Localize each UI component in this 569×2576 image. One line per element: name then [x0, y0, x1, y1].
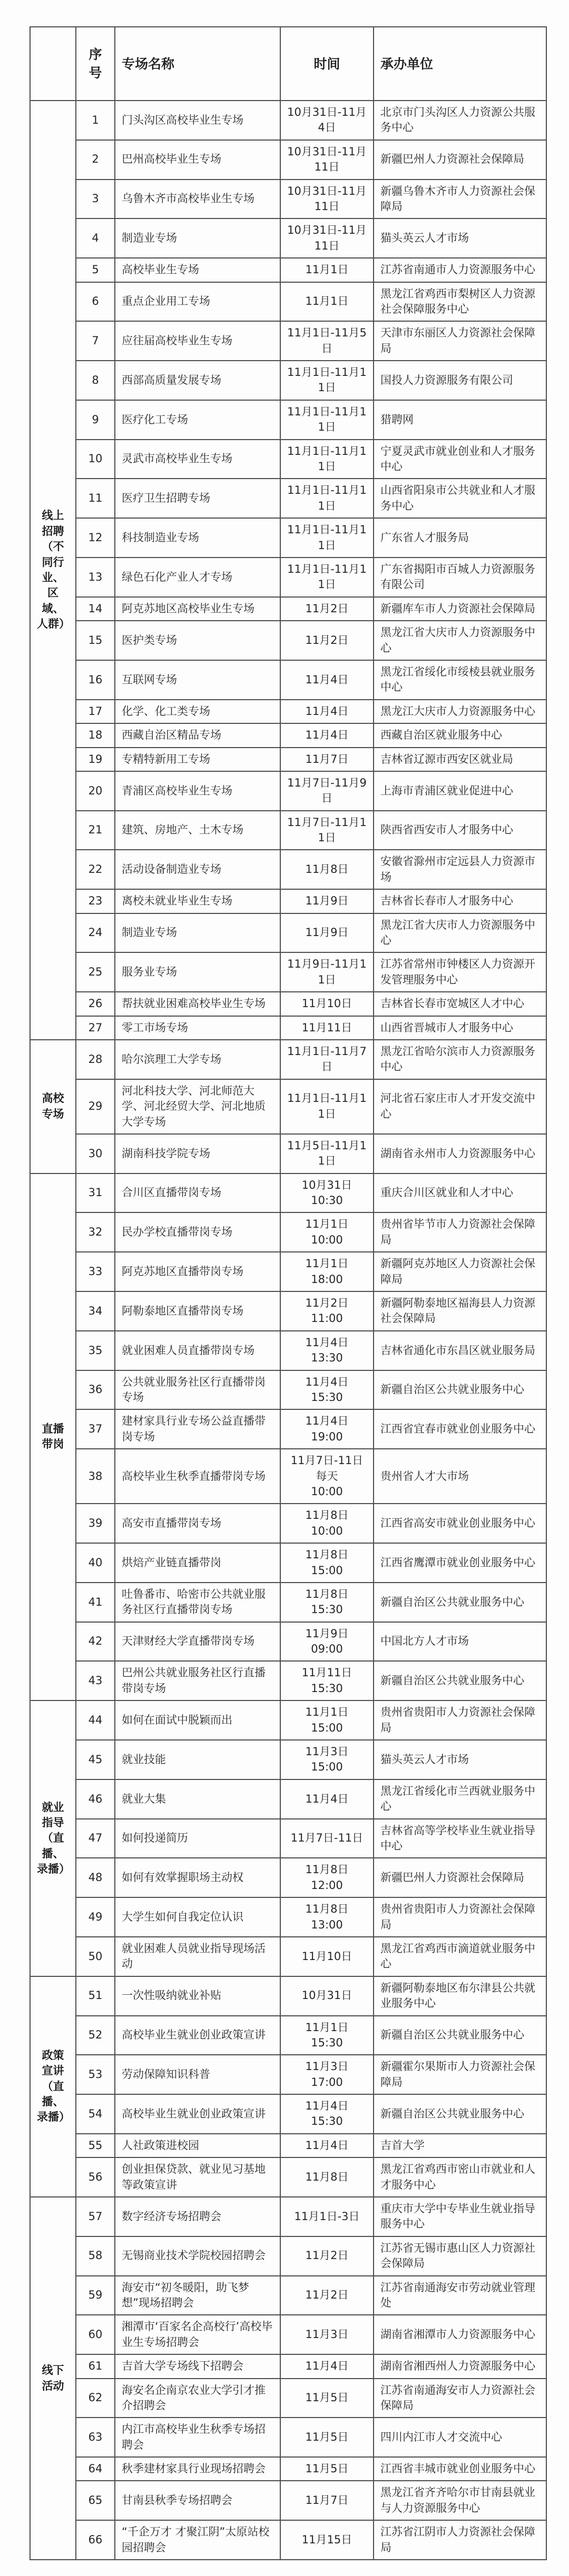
event-name-cell: 巴州高校毕业生专场	[115, 140, 280, 180]
event-name-cell: 灵武市高校毕业生专场	[115, 440, 280, 479]
events-table: 序号 专场名称 时间 承办单位 线上招聘（不同行业、区域、人群）1门头沟区高校毕…	[30, 26, 547, 2560]
table-row: 22活动设备制造业专场11月8日安徽省滁州市定远县人力资源市场	[30, 850, 546, 889]
organizer-cell: 上海市青浦区就业促进中心	[374, 771, 546, 811]
table-row: 3乌鲁木齐市高校毕业生专场10月31日-11月11日新疆乌鲁木齐市人力资源社会保…	[30, 180, 546, 219]
table-row: 46就业大集11月4日黑龙江省绥化市兰西就业服务中心	[30, 1779, 546, 1819]
row-number-cell: 29	[76, 1079, 115, 1134]
category-cell: 线上招聘（不同行业、区域、人群）	[30, 101, 76, 1040]
event-time-cell: 11月9日 09:00	[280, 1622, 374, 1662]
event-time-cell: 11月2日	[280, 621, 374, 660]
event-name-cell: 湘潭市‘百家名企高校行’高校毕业生专场招聘会	[115, 2315, 280, 2354]
organizer-cell: 新疆巴州人力资源社会保障局	[374, 140, 546, 180]
event-name-cell: 巴州公共就业服务社区行直播带岗专场	[115, 1661, 280, 1700]
organizer-cell: 新疆霍尔果斯市人力资源社会保障局	[374, 2055, 546, 2094]
event-name-cell: 专精特新用工专场	[115, 748, 280, 771]
event-name-cell: 建筑、房地产、土木专场	[115, 811, 280, 850]
organizer-cell: 新疆乌鲁木齐市人力资源社会保障局	[374, 180, 546, 219]
event-name-cell: 甘南县秋季专场招聘会	[115, 2481, 280, 2520]
event-time-cell: 11月5日-11月11日	[280, 1134, 374, 1173]
event-name-cell: 离校未就业毕业生专场	[115, 889, 280, 913]
row-number-cell: 56	[76, 2157, 115, 2197]
table-row: 政策宣讲（直播、录播）51一次性吸纳就业补贴10月31日新疆阿勒泰地区布尔津县公…	[30, 1976, 546, 2016]
table-row: 6重点企业用工专场11月1日黑龙江省鸡西市梨树区人力资源社会保障服务中心	[30, 282, 546, 322]
event-time-cell: 11月1日 10:00	[280, 1212, 374, 1252]
event-time-cell: 11月10日	[280, 1937, 374, 1976]
organizer-cell: 猫头英云人才市场	[374, 218, 546, 258]
event-name-cell: 医护类专场	[115, 621, 280, 660]
table-row: 7应往届高校毕业生专场11月1日-11月5日天津市东丽区人力资源社会保障局	[30, 321, 546, 361]
event-time-cell: 11月1日-11月7日	[280, 1040, 374, 1079]
row-number-cell: 55	[76, 2134, 115, 2157]
organizer-cell: 贵州省毕节市人力资源社会保障局	[374, 1212, 546, 1252]
row-number-cell: 64	[76, 2457, 115, 2481]
event-name-cell: 帮扶就业困难高校毕业生专场	[115, 992, 280, 1016]
organizer-cell: 江苏省南通市人力资源服务中心	[374, 258, 546, 282]
event-name-cell: 河北科技大学、河北师范大学、河北经贸大学、河北地质大学专场	[115, 1079, 280, 1134]
event-time-cell: 10月31日-11月11日	[280, 218, 374, 258]
event-time-cell: 11月10日	[280, 992, 374, 1016]
organizer-cell: 新疆自治区公共就业服务中心	[374, 2016, 546, 2055]
row-number-cell: 38	[76, 1449, 115, 1504]
table-row: 16互联网专场11月4日黑龙江省绥化市绥棱县就业服务中心	[30, 660, 546, 700]
row-number-cell: 8	[76, 361, 115, 400]
scanned-schedule-page: 序号 专场名称 时间 承办单位 线上招聘（不同行业、区域、人群）1门头沟区高校毕…	[0, 0, 569, 2576]
row-number-cell: 36	[76, 1370, 115, 1410]
event-name-cell: 活动设备制造业专场	[115, 850, 280, 889]
event-time-cell: 11月3日	[280, 2315, 374, 2354]
event-name-cell: 就业技能	[115, 1740, 280, 1779]
table-row: 30湖南科技学院专场11月5日-11月11日湖南省永州市人力资源服务中心	[30, 1134, 546, 1173]
table-row: 39高安市直播带岗专场11月8日 10:00江西省高安市就业创业服务中心	[30, 1504, 546, 1543]
event-name-cell: 零工市场专场	[115, 1016, 280, 1040]
event-name-cell: 湖南科技学院专场	[115, 1134, 280, 1173]
organizer-cell: 黑龙江省大庆市人力资源服务中心	[374, 913, 546, 953]
organizer-cell: 吉林省辽源市西安区就业局	[374, 748, 546, 771]
row-number-cell: 35	[76, 1331, 115, 1370]
event-time-cell: 11月1日 15:00	[280, 1700, 374, 1740]
event-time-cell: 11月7日	[280, 748, 374, 771]
organizer-cell: 黑龙江大庆市人力资源服务中心	[374, 700, 546, 723]
row-number-cell: 59	[76, 2276, 115, 2315]
row-number-cell: 15	[76, 621, 115, 660]
organizer-cell: 江苏省南通海安市劳动就业管理处	[374, 2276, 546, 2315]
row-number-cell: 33	[76, 1252, 115, 1291]
organizer-cell: 新疆自治区公共就业服务中心	[374, 1583, 546, 1622]
organizer-cell: 山西省阳泉市公共就业和人才服务中心	[374, 479, 546, 518]
row-number-cell: 52	[76, 2016, 115, 2055]
row-number-cell: 49	[76, 1897, 115, 1937]
table-row: 66“千企万才 才聚江阴”太原站校园招聘会11月15日江苏省江阴市人力资源社会保…	[30, 2520, 546, 2560]
event-name-cell: 高校毕业生就业创业政策宣讲	[115, 2016, 280, 2055]
event-time-cell: 11月5日	[280, 2457, 374, 2481]
row-number-cell: 39	[76, 1504, 115, 1543]
event-time-cell: 10月31日-11月4日	[280, 101, 374, 140]
table-row: 56创业担保贷款、就业见习基地等政策宣讲11月8日黑龙江省鸡西市密山市就业和人才…	[30, 2157, 546, 2197]
category-cell: 政策宣讲（直播、录播）	[30, 1976, 76, 2197]
event-time-cell: 11月4日 15:30	[280, 2094, 374, 2134]
table-row: 65甘南县秋季专场招聘会11月7日黑龙江省齐齐哈尔市甘南县就业与人力资源服务中心	[30, 2481, 546, 2520]
row-number-cell: 25	[76, 952, 115, 992]
event-name-cell: 内江市高校毕业生秋季专场招聘会	[115, 2418, 280, 2457]
event-name-cell: 吐鲁番市、哈密市公共就业服务社区行直播带岗专场	[115, 1583, 280, 1622]
row-number-cell: 7	[76, 321, 115, 361]
organizer-cell: 江苏省常州市钟楼区人力资源开发管理服务中心	[374, 952, 546, 992]
event-time-cell: 11月11日	[280, 1016, 374, 1040]
event-time-cell: 11月7日-11月9日	[280, 771, 374, 811]
col-header-time: 时间	[280, 27, 374, 101]
event-time-cell: 11月4日	[280, 700, 374, 723]
event-name-cell: 绿色石化产业人才专场	[115, 558, 280, 597]
table-row: 61吉首大学专场线下招聘会11月4日湖南省湘西州人力资源服务中心	[30, 2354, 546, 2378]
event-time-cell: 10月31日	[280, 1976, 374, 2016]
organizer-cell: 黑龙江省大庆市人力资源服务中心	[374, 621, 546, 660]
event-time-cell: 11月8日	[280, 2157, 374, 2197]
event-time-cell: 11月4日	[280, 660, 374, 700]
row-number-cell: 24	[76, 913, 115, 953]
event-name-cell: 阿勒泰地区直播带岗专场	[115, 1291, 280, 1331]
organizer-cell: 天津市东丽区人力资源社会保障局	[374, 321, 546, 361]
row-number-cell: 62	[76, 2379, 115, 2418]
row-number-cell: 57	[76, 2197, 115, 2236]
organizer-cell: 新疆阿勒泰地区福海县人力资源社会保障局	[374, 1291, 546, 1331]
organizer-cell: 江苏省江阴市人力资源社会保障局	[374, 2520, 546, 2560]
table-row: 35就业困难人员直播带岗专场11月4日 13:30吉林省通化市东昌区就业服务局	[30, 1331, 546, 1370]
event-name-cell: 制造业专场	[115, 913, 280, 953]
table-row: 14阿克苏地区高校毕业生专场11月2日新疆库车市人力资源社会保障局	[30, 597, 546, 621]
organizer-cell: 江西省丰城市就业创业服务中心	[374, 2457, 546, 2481]
event-time-cell: 11月9日	[280, 913, 374, 953]
organizer-cell: 四川内江市人才交流中心	[374, 2418, 546, 2457]
table-row: 55人社政策进校园11月4日吉首大学	[30, 2134, 546, 2157]
row-number-cell: 14	[76, 597, 115, 621]
row-number-cell: 63	[76, 2418, 115, 2457]
table-row: 27零工市场专场11月11日山西省晋城市人才服务中心	[30, 1016, 546, 1040]
event-time-cell: 11月1日 15:30	[280, 2016, 374, 2055]
row-number-cell: 26	[76, 992, 115, 1016]
table-row: 高校专场28哈尔滨理工大学专场11月1日-11月7日黑龙江省哈尔滨市人力资源服务…	[30, 1040, 546, 1079]
event-name-cell: 一次性吸纳就业补贴	[115, 1976, 280, 2016]
table-row: 63内江市高校毕业生秋季专场招聘会11月5日四川内江市人才交流中心	[30, 2418, 546, 2457]
table-row: 24制造业专场11月9日黑龙江省大庆市人力资源服务中心	[30, 913, 546, 953]
table-row: 49大学生如何自我定位认识11月8日 13:00贵州省贵阳市人力资源社会保障局	[30, 1897, 546, 1937]
row-number-cell: 18	[76, 723, 115, 747]
event-time-cell: 11月3日 17:00	[280, 2055, 374, 2094]
row-number-cell: 28	[76, 1040, 115, 1079]
organizer-cell: 陕西省西安市人才服务中心	[374, 811, 546, 850]
event-name-cell: 化学、化工类专场	[115, 700, 280, 723]
event-time-cell: 11月1日-11月11日	[280, 361, 374, 400]
row-number-cell: 48	[76, 1858, 115, 1897]
table-row: 33阿克苏地区直播带岗专场11月1日 18:00新疆阿克苏地区人力资源社会保障局	[30, 1252, 546, 1291]
event-time-cell: 11月4日 15:30	[280, 1370, 374, 1410]
event-time-cell: 11月5日	[280, 2418, 374, 2457]
row-number-cell: 11	[76, 479, 115, 518]
organizer-cell: 黑龙江省齐齐哈尔市甘南县就业与人力资源服务中心	[374, 2481, 546, 2520]
header-row: 序号 专场名称 时间 承办单位	[30, 27, 546, 101]
organizer-cell: 吉林省长春市人才服务中心	[374, 889, 546, 913]
table-row: 38高校毕业生秋季直播带岗专场11月7日-11日 每天 10:00贵州省人才大市…	[30, 1449, 546, 1504]
row-number-cell: 45	[76, 1740, 115, 1779]
event-time-cell: 11月4日	[280, 723, 374, 747]
table-row: 37建材家具行业专场公益直播带岗专场11月4日 19:00江西省宜春市就业创业服…	[30, 1409, 546, 1449]
event-name-cell: 阿克苏地区直播带岗专场	[115, 1252, 280, 1291]
organizer-cell: 黑龙江省哈尔滨市人力资源服务中心	[374, 1040, 546, 1079]
table-row: 64秋季建材家具行业现场招聘会11月5日江西省丰城市就业创业服务中心	[30, 2457, 546, 2481]
event-time-cell: 11月4日	[280, 1779, 374, 1819]
event-name-cell: 西部高质量发展专场	[115, 361, 280, 400]
organizer-cell: 贵州省贵阳市人力资源社会保障局	[374, 1700, 546, 1740]
event-time-cell: 11月1日-11月11日	[280, 440, 374, 479]
row-number-cell: 9	[76, 400, 115, 440]
table-row: 59海安市“初冬暖阳，助飞梦想”现场招聘会11月2日江苏省南通海安市劳动就业管理…	[30, 2276, 546, 2315]
event-time-cell: 11月9日-11月11日	[280, 952, 374, 992]
row-number-cell: 61	[76, 2354, 115, 2378]
event-name-cell: 哈尔滨理工大学专场	[115, 1040, 280, 1079]
event-time-cell: 11月4日	[280, 2134, 374, 2157]
organizer-cell: 新疆库车市人力资源社会保障局	[374, 597, 546, 621]
organizer-cell: 宁夏灵武市就业创业和人才服务中心	[374, 440, 546, 479]
organizer-cell: 重庆合川区就业和人才中心	[374, 1173, 546, 1213]
table-row: 40烘焙产业链直播带岗11月8日 15:00江西省鹰潭市就业创业服务中心	[30, 1543, 546, 1583]
organizer-cell: 猫头英云人才市场	[374, 1740, 546, 1779]
table-row: 58无锡商业技术学院校园招聘会11月2日江苏省无锡市惠山区人力资源社会保障局	[30, 2236, 546, 2276]
event-time-cell: 11月15日	[280, 2520, 374, 2560]
event-time-cell: 11月1日	[280, 258, 374, 282]
table-row: 42天津财经大学直播带岗专场11月9日 09:00中国北方人才市场	[30, 1622, 546, 1662]
event-time-cell: 11月7日-11月11日	[280, 811, 374, 850]
event-name-cell: 海安名企南京农业大学引才推介招聘会	[115, 2379, 280, 2418]
event-time-cell: 11月2日 11:00	[280, 1291, 374, 1331]
event-time-cell: 10月31日 10:30	[280, 1173, 374, 1213]
event-name-cell: 秋季建材家具行业现场招聘会	[115, 2457, 280, 2481]
row-number-cell: 17	[76, 700, 115, 723]
event-time-cell: 11月1日-11月11日	[280, 479, 374, 518]
table-row: 15医护类专场11月2日黑龙江省大庆市人力资源服务中心	[30, 621, 546, 660]
event-name-cell: 应往届高校毕业生专场	[115, 321, 280, 361]
row-number-cell: 22	[76, 850, 115, 889]
table-row: 62海安名企南京农业大学引才推介招聘会11月5日江苏省南通海安市人力资源社会保障…	[30, 2379, 546, 2418]
event-name-cell: 吉首大学专场线下招聘会	[115, 2354, 280, 2378]
event-time-cell: 11月2日	[280, 597, 374, 621]
organizer-cell: 吉林省长春市宽城区人才中心	[374, 992, 546, 1016]
row-number-cell: 2	[76, 140, 115, 180]
row-number-cell: 65	[76, 2481, 115, 2520]
event-name-cell: 烘焙产业链直播带岗	[115, 1543, 280, 1583]
category-cell: 直播带岗	[30, 1173, 76, 1701]
table-row: 36公共就业服务社区行直播带岗专场11月4日 15:30新疆自治区公共就业服务中…	[30, 1370, 546, 1410]
table-row: 18西藏自治区精品专场11月4日西藏自治区就业服务中心	[30, 723, 546, 747]
event-time-cell: 11月1日 18:00	[280, 1252, 374, 1291]
row-number-cell: 12	[76, 518, 115, 558]
table-row: 5高校毕业生专场11月1日江苏省南通市人力资源服务中心	[30, 258, 546, 282]
event-name-cell: 高校毕业生就业创业政策宣讲	[115, 2094, 280, 2134]
organizer-cell: 新疆巴州人力资源社会保障局	[374, 1858, 546, 1897]
row-number-cell: 27	[76, 1016, 115, 1040]
event-name-cell: 科技制造业专场	[115, 518, 280, 558]
table-row: 9医疗化工专场11月1日-11月11日猎聘网	[30, 400, 546, 440]
category-cell: 就业指导（直播、录播）	[30, 1700, 76, 1976]
event-name-cell: 就业困难人员直播带岗专场	[115, 1331, 280, 1370]
event-time-cell: 11月4日	[280, 2354, 374, 2378]
table-row: 20青浦区高校毕业生专场11月7日-11月9日上海市青浦区就业促进中心	[30, 771, 546, 811]
table-row: 2巴州高校毕业生专场10月31日-11月11日新疆巴州人力资源社会保障局	[30, 140, 546, 180]
event-time-cell: 11月1日-3日	[280, 2197, 374, 2236]
row-number-cell: 6	[76, 282, 115, 322]
organizer-cell: 贵州省人才大市场	[374, 1449, 546, 1504]
event-name-cell: 如何在面试中脱颖而出	[115, 1700, 280, 1740]
row-number-cell: 42	[76, 1622, 115, 1662]
event-name-cell: 高校毕业生专场	[115, 258, 280, 282]
event-time-cell: 11月2日	[280, 2276, 374, 2315]
table-row: 52高校毕业生就业创业政策宣讲11月1日 15:30新疆自治区公共就业服务中心	[30, 2016, 546, 2055]
organizer-cell: 重庆市大学中专毕业生就业指导服务中心	[374, 2197, 546, 2236]
table-row: 12科技制造业专场11月1日-11月11日广东省人才服务局	[30, 518, 546, 558]
row-number-cell: 43	[76, 1661, 115, 1700]
row-number-cell: 40	[76, 1543, 115, 1583]
table-row: 32民办学校直播带岗专场11月1日 10:00贵州省毕节市人力资源社会保障局	[30, 1212, 546, 1252]
event-name-cell: 高安市直播带岗专场	[115, 1504, 280, 1543]
event-time-cell: 11月1日-11月11日	[280, 518, 374, 558]
event-time-cell: 11月7日	[280, 2481, 374, 2520]
event-name-cell: 重点企业用工专场	[115, 282, 280, 322]
table-row: 41吐鲁番市、哈密市公共就业服务社区行直播带岗专场11月8日 15:30新疆自治…	[30, 1583, 546, 1622]
event-time-cell: 11月1日-11月11日	[280, 400, 374, 440]
event-name-cell: 如何投递简历	[115, 1819, 280, 1858]
organizer-cell: 西藏自治区就业服务中心	[374, 723, 546, 747]
row-number-cell: 19	[76, 748, 115, 771]
row-number-cell: 37	[76, 1409, 115, 1449]
event-time-cell: 11月1日	[280, 282, 374, 322]
organizer-cell: 山西省晋城市人才服务中心	[374, 1016, 546, 1040]
row-number-cell: 5	[76, 258, 115, 282]
organizer-cell: 黑龙江省鸡西市滴道就业服务中心	[374, 1937, 546, 1976]
event-time-cell: 11月7日-11日 每天 10:00	[280, 1449, 374, 1504]
event-name-cell: 数字经济专场招聘会	[115, 2197, 280, 2236]
event-time-cell: 10月31日-11月11日	[280, 140, 374, 180]
row-number-cell: 60	[76, 2315, 115, 2354]
event-name-cell: 医疗化工专场	[115, 400, 280, 440]
event-name-cell: 公共就业服务社区行直播带岗专场	[115, 1370, 280, 1410]
event-name-cell: 高校毕业生秋季直播带岗专场	[115, 1449, 280, 1504]
table-row: 34阿勒泰地区直播带岗专场11月2日 11:00新疆阿勒泰地区福海县人力资源社会…	[30, 1291, 546, 1331]
event-time-cell: 11月9日	[280, 889, 374, 913]
row-number-cell: 20	[76, 771, 115, 811]
table-row: 25服务业专场11月9日-11月11日江苏省常州市钟楼区人力资源开发管理服务中心	[30, 952, 546, 992]
event-time-cell: 11月8日 10:00	[280, 1504, 374, 1543]
organizer-cell: 新疆自治区公共就业服务中心	[374, 1370, 546, 1410]
col-header-index: 序号	[76, 27, 115, 101]
event-time-cell: 11月7日-11日	[280, 1819, 374, 1858]
event-name-cell: 医疗卫生招聘专场	[115, 479, 280, 518]
row-number-cell: 58	[76, 2236, 115, 2276]
table-row: 26帮扶就业困难高校毕业生专场11月10日吉林省长春市宽城区人才中心	[30, 992, 546, 1016]
row-number-cell: 16	[76, 660, 115, 700]
organizer-cell: 江西省鹰潭市就业创业服务中心	[374, 1543, 546, 1583]
event-name-cell: 就业大集	[115, 1779, 280, 1819]
table-row: 45就业技能11月3日 15:00猫头英云人才市场	[30, 1740, 546, 1779]
table-row: 19专精特新用工专场11月7日吉林省辽源市西安区就业局	[30, 748, 546, 771]
table-row: 48如何有效掌握职场主动权11月8日 12:00新疆巴州人力资源社会保障局	[30, 1858, 546, 1897]
row-number-cell: 31	[76, 1173, 115, 1213]
event-name-cell: 大学生如何自我定位认识	[115, 1897, 280, 1937]
event-time-cell: 11月5日	[280, 2379, 374, 2418]
event-name-cell: 合川区直播带岗专场	[115, 1173, 280, 1213]
event-time-cell: 11月11日 15:30	[280, 1661, 374, 1700]
row-number-cell: 66	[76, 2520, 115, 2560]
event-name-cell: 海安市“初冬暖阳，助飞梦想”现场招聘会	[115, 2276, 280, 2315]
table-row: 4制造业专场10月31日-11月11日猫头英云人才市场	[30, 218, 546, 258]
organizer-cell: 黑龙江省绥化市兰西就业服务中心	[374, 1779, 546, 1819]
row-number-cell: 54	[76, 2094, 115, 2134]
organizer-cell: 吉林省通化市东昌区就业服务局	[374, 1331, 546, 1370]
organizer-cell: 贵州省贵阳市人力资源社会保障局	[374, 1897, 546, 1937]
event-time-cell: 11月8日	[280, 850, 374, 889]
row-number-cell: 50	[76, 1937, 115, 1976]
row-number-cell: 47	[76, 1819, 115, 1858]
category-cell: 线下活动	[30, 2197, 76, 2560]
event-name-cell: 创业担保贷款、就业见习基地等政策宣讲	[115, 2157, 280, 2197]
organizer-cell: 猎聘网	[374, 400, 546, 440]
table-row: 50就业困难人员就业指导现场活动11月10日黑龙江省鸡西市滴道就业服务中心	[30, 1937, 546, 1976]
organizer-cell: 广东省人才服务局	[374, 518, 546, 558]
row-number-cell: 1	[76, 101, 115, 140]
row-number-cell: 10	[76, 440, 115, 479]
table-row: 29河北科技大学、河北师范大学、河北经贸大学、河北地质大学专场11月1日-11月…	[30, 1079, 546, 1134]
event-name-cell: 阿克苏地区高校毕业生专场	[115, 597, 280, 621]
table-row: 线下活动57数字经济专场招聘会11月1日-3日重庆市大学中专毕业生就业指导服务中…	[30, 2197, 546, 2236]
table-row: 直播带岗31合川区直播带岗专场10月31日 10:30重庆合川区就业和人才中心	[30, 1173, 546, 1213]
organizer-cell: 新疆自治区公共就业服务中心	[374, 2094, 546, 2134]
organizer-cell: 新疆自治区公共就业服务中心	[374, 1661, 546, 1700]
organizer-cell: 江苏省无锡市惠山区人力资源社会保障局	[374, 2236, 546, 2276]
table-row: 就业指导（直播、录播）44如何在面试中脱颖而出11月1日 15:00贵州省贵阳市…	[30, 1700, 546, 1740]
organizer-cell: 湖南省湘潭市人力资源服务中心	[374, 2315, 546, 2354]
organizer-cell: 湖南省湘西州人力资源服务中心	[374, 2354, 546, 2378]
row-number-cell: 41	[76, 1583, 115, 1622]
organizer-cell: 国投人力资源服务有限公司	[374, 361, 546, 400]
event-time-cell: 10月31日-11月11日	[280, 180, 374, 219]
row-number-cell: 4	[76, 218, 115, 258]
row-number-cell: 23	[76, 889, 115, 913]
event-time-cell: 11月3日 15:00	[280, 1740, 374, 1779]
event-name-cell: 无锡商业技术学院校园招聘会	[115, 2236, 280, 2276]
event-time-cell: 11月4日 13:30	[280, 1331, 374, 1370]
organizer-cell: 黑龙江省鸡西市梨树区人力资源社会保障服务中心	[374, 282, 546, 322]
organizer-cell: 新疆阿勒泰地区布尔津县公共就业服务中心	[374, 1976, 546, 2016]
category-header-cell	[30, 27, 76, 101]
event-name-cell: 民办学校直播带岗专场	[115, 1212, 280, 1252]
event-name-cell: 人社政策进校园	[115, 2134, 280, 2157]
event-time-cell: 11月4日 19:00	[280, 1409, 374, 1449]
row-number-cell: 30	[76, 1134, 115, 1173]
organizer-cell: 吉首大学	[374, 2134, 546, 2157]
event-time-cell: 11月1日-11月11日	[280, 1079, 374, 1134]
event-time-cell: 11月8日 12:00	[280, 1858, 374, 1897]
event-name-cell: 就业困难人员就业指导现场活动	[115, 1937, 280, 1976]
organizer-cell: 安徽省滁州市定远县人力资源市场	[374, 850, 546, 889]
event-time-cell: 11月8日 13:00	[280, 1897, 374, 1937]
event-time-cell: 11月1日-11月5日	[280, 321, 374, 361]
events-table-body: 线上招聘（不同行业、区域、人群）1门头沟区高校毕业生专场10月31日-11月4日…	[30, 101, 546, 2560]
event-name-cell: 建材家具行业专场公益直播带岗专场	[115, 1409, 280, 1449]
event-name-cell: 门头沟区高校毕业生专场	[115, 101, 280, 140]
row-number-cell: 46	[76, 1779, 115, 1819]
table-row: 53劳动保障知识科普11月3日 17:00新疆霍尔果斯市人力资源社会保障局	[30, 2055, 546, 2094]
event-name-cell: 乌鲁木齐市高校毕业生专场	[115, 180, 280, 219]
table-row: 47如何投递简历11月7日-11日吉林省高等学校毕业生就业指导中心	[30, 1819, 546, 1858]
organizer-cell: 江西省宜春市就业创业服务中心	[374, 1409, 546, 1449]
event-name-cell: “千企万才 才聚江阴”太原站校园招聘会	[115, 2520, 280, 2560]
